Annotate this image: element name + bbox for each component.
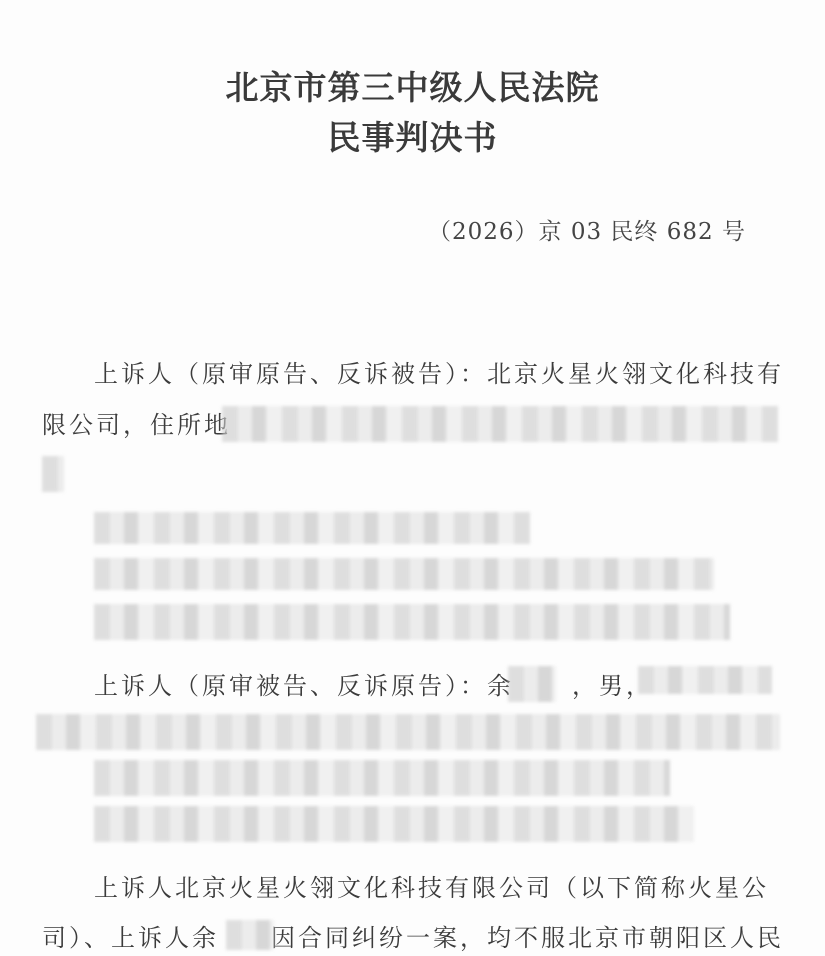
redacted-agent-5 [94, 806, 694, 842]
document-type: 民事判决书 [0, 112, 825, 159]
redacted-agent-4 [94, 760, 670, 796]
redacted-address [222, 406, 778, 442]
body-line1: 上诉人北京火星火翎文化科技有限公司（以下简称火星公 [94, 868, 769, 903]
body-line2: 司）、上诉人余因合同纠纷一案，均不服北京市朝阳区人民 [42, 918, 784, 953]
case-number: （2026）京 03 民终 682 号 [428, 213, 746, 246]
redacted-address-cont [42, 456, 64, 492]
redacted-agent-1 [94, 512, 530, 544]
redacted-birth [638, 666, 772, 694]
redacted-name [508, 666, 556, 702]
appellant1-line1: 上诉人（原审原告、反诉被告）：北京火星火翎文化科技有 [94, 354, 784, 389]
redacted-agent-3 [94, 604, 730, 640]
appellant1-line2: 限公司，住所地 [42, 405, 231, 440]
court-name: 北京市第三中级人民法院 [0, 62, 825, 109]
redacted-agent-2 [94, 558, 714, 590]
appellant2-prefix: 上诉人（原审被告、反诉原告）：余 [94, 672, 514, 700]
appellant2-line1: 上诉人（原审被告、反诉原告）：余，男， [94, 666, 653, 701]
redacted-id [36, 714, 780, 750]
redacted-name-2 [226, 920, 274, 950]
